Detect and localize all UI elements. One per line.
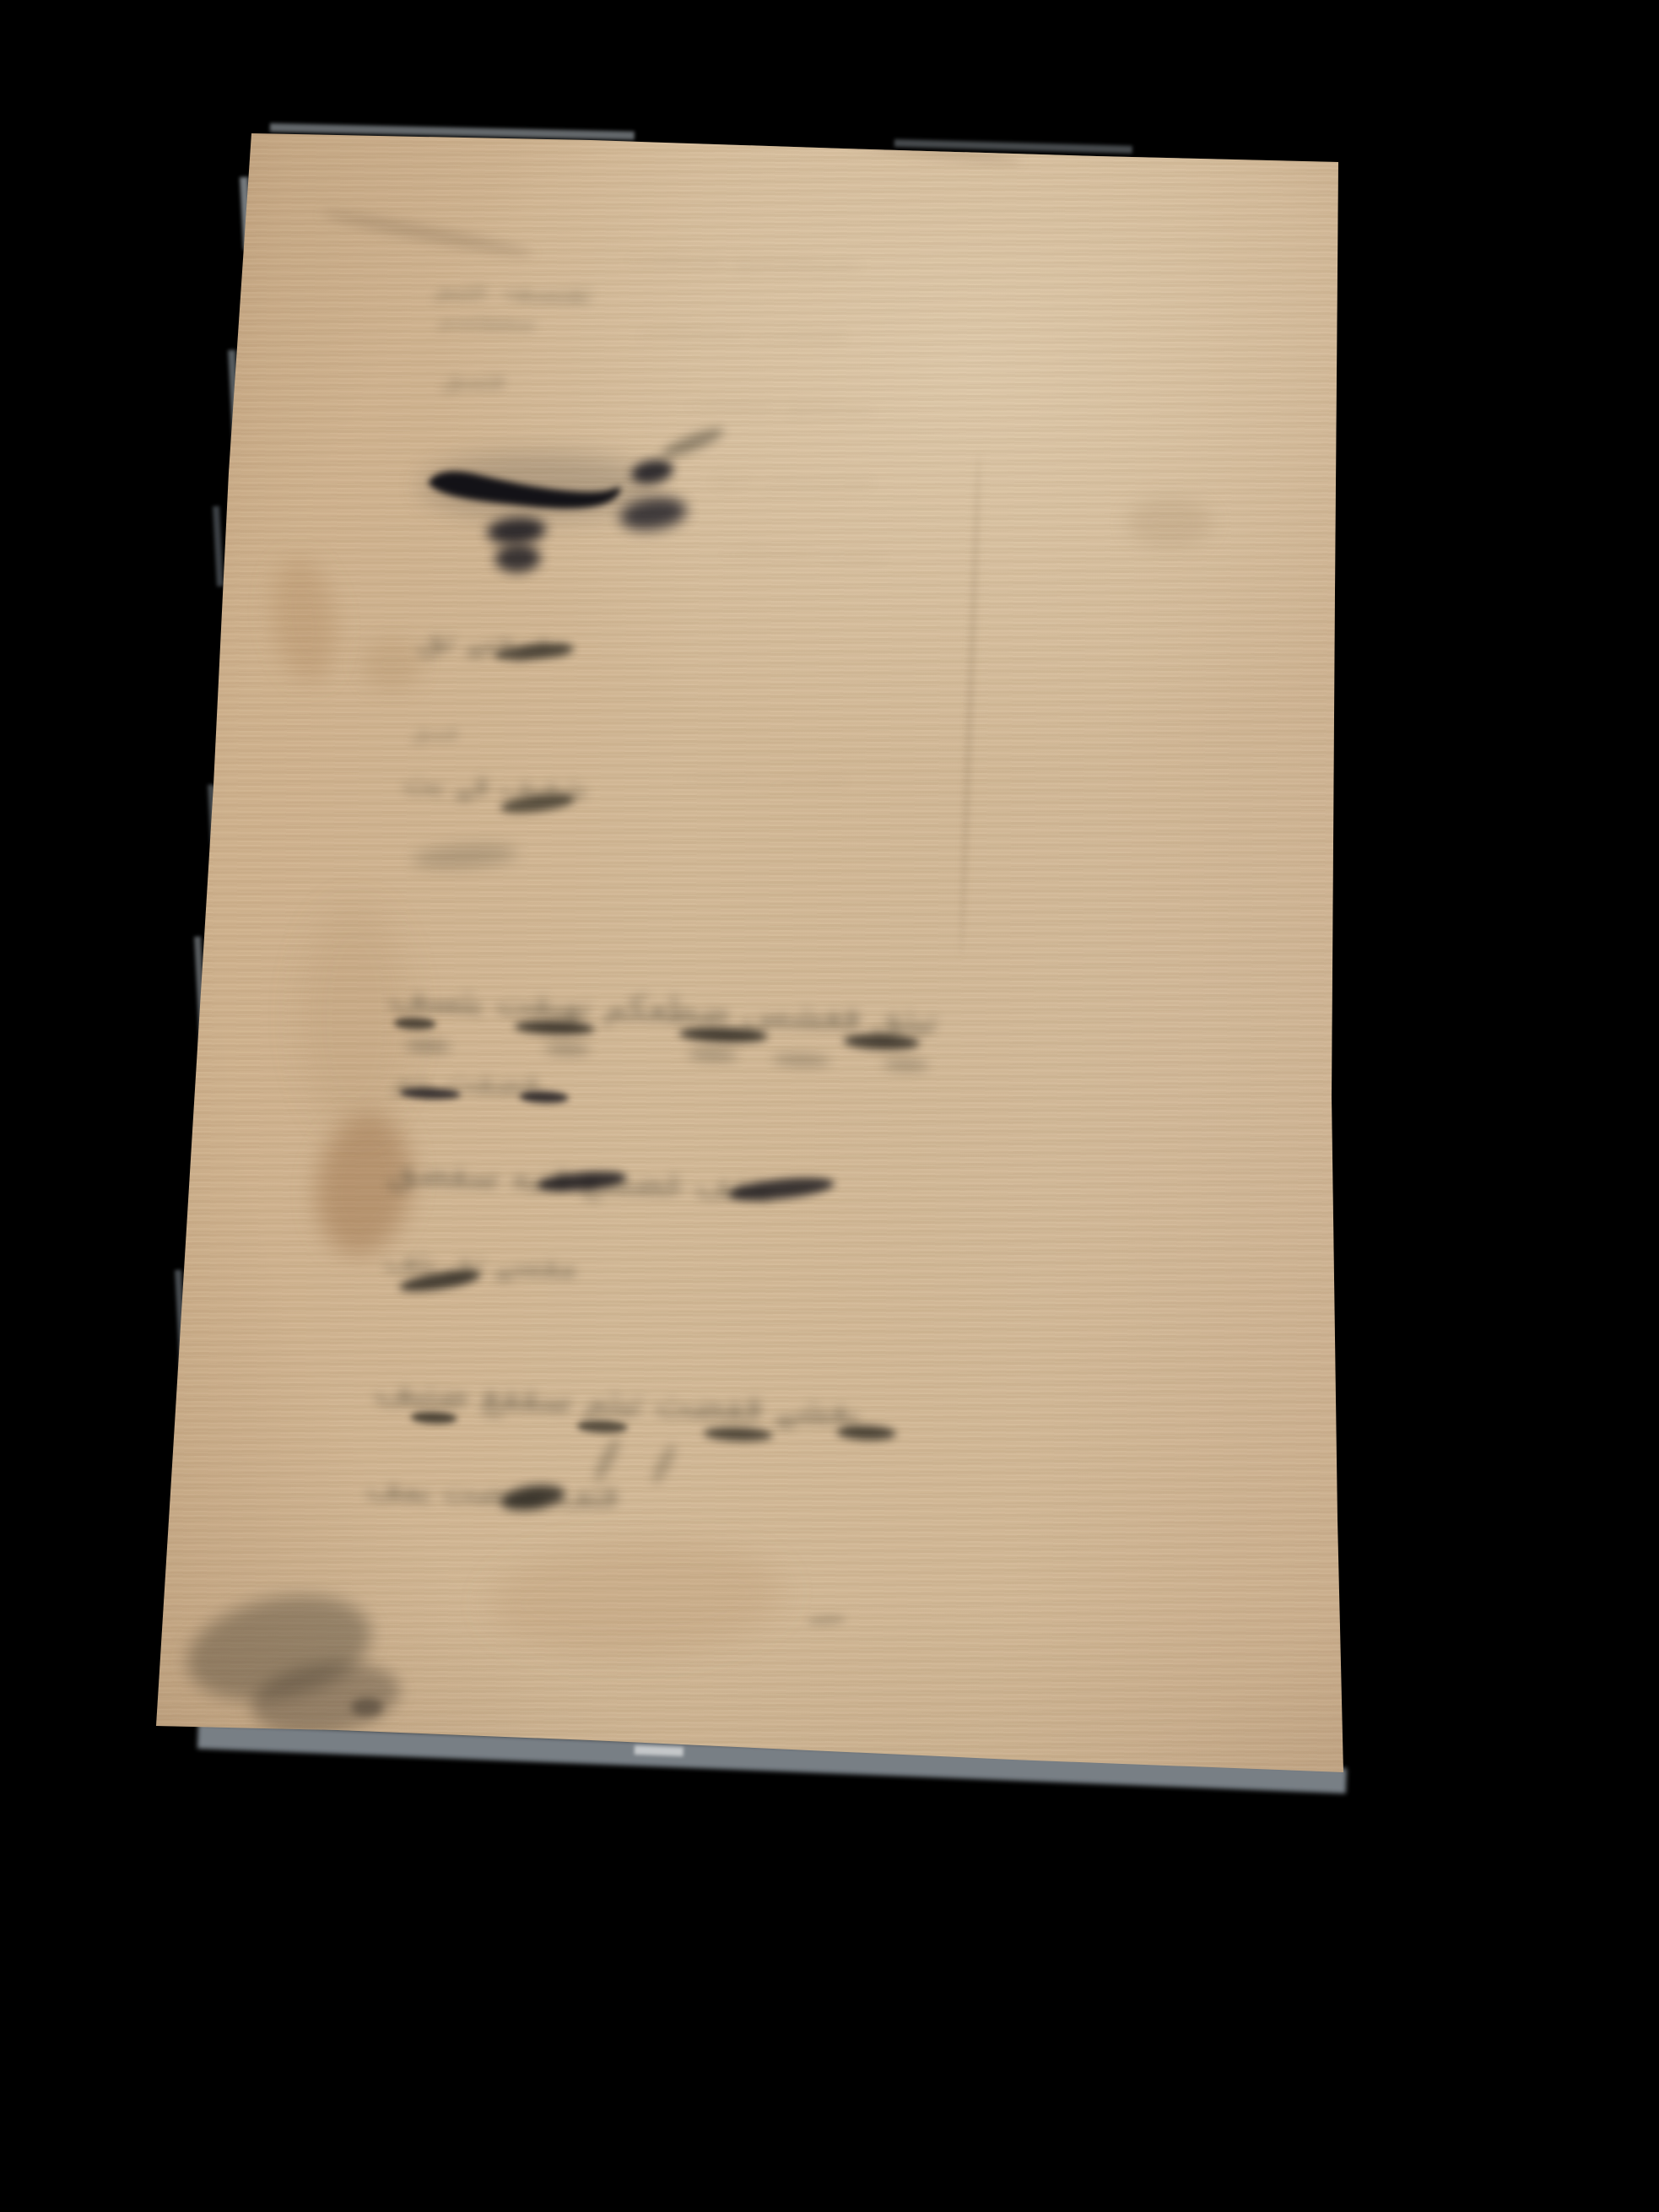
last-line: قثف ضبصت بمف xyxy=(366,1472,619,1512)
ghost-showthrough: بستفقغ شضتف xyxy=(687,388,875,419)
ghost-showthrough: فغقثتب سشفقم xyxy=(640,316,847,348)
tiny-word: فسق xyxy=(411,721,458,744)
manuscript-photo: تسبفقثضغ شمعتبفغقثتب سشفقمبستفقغ شضتفقفت… xyxy=(0,0,1659,2212)
ghost-showthrough: قفتبسش ضغ xyxy=(712,464,873,495)
calligraphy-bowl-path xyxy=(428,470,621,511)
edge-sliver xyxy=(213,506,224,587)
faint-spot xyxy=(1127,498,1213,547)
bright-sliver xyxy=(635,1745,684,1756)
header-line-2: ضغفقثسم xyxy=(438,309,536,333)
dark-spot xyxy=(351,1698,383,1717)
short-word-line: مفسے تق بثف xyxy=(384,1246,578,1283)
ghost-showthrough: فقتبس شغتف xyxy=(674,762,847,792)
calligraphy-bowl xyxy=(415,446,637,529)
faint-spot xyxy=(361,638,422,690)
small-word: فثسق xyxy=(441,368,505,393)
faint-patch xyxy=(300,903,411,1133)
header-line-1: ثقتسفہ عتبم xyxy=(435,277,592,307)
ghost-showthrough: تفقب شسغف xyxy=(721,537,887,566)
